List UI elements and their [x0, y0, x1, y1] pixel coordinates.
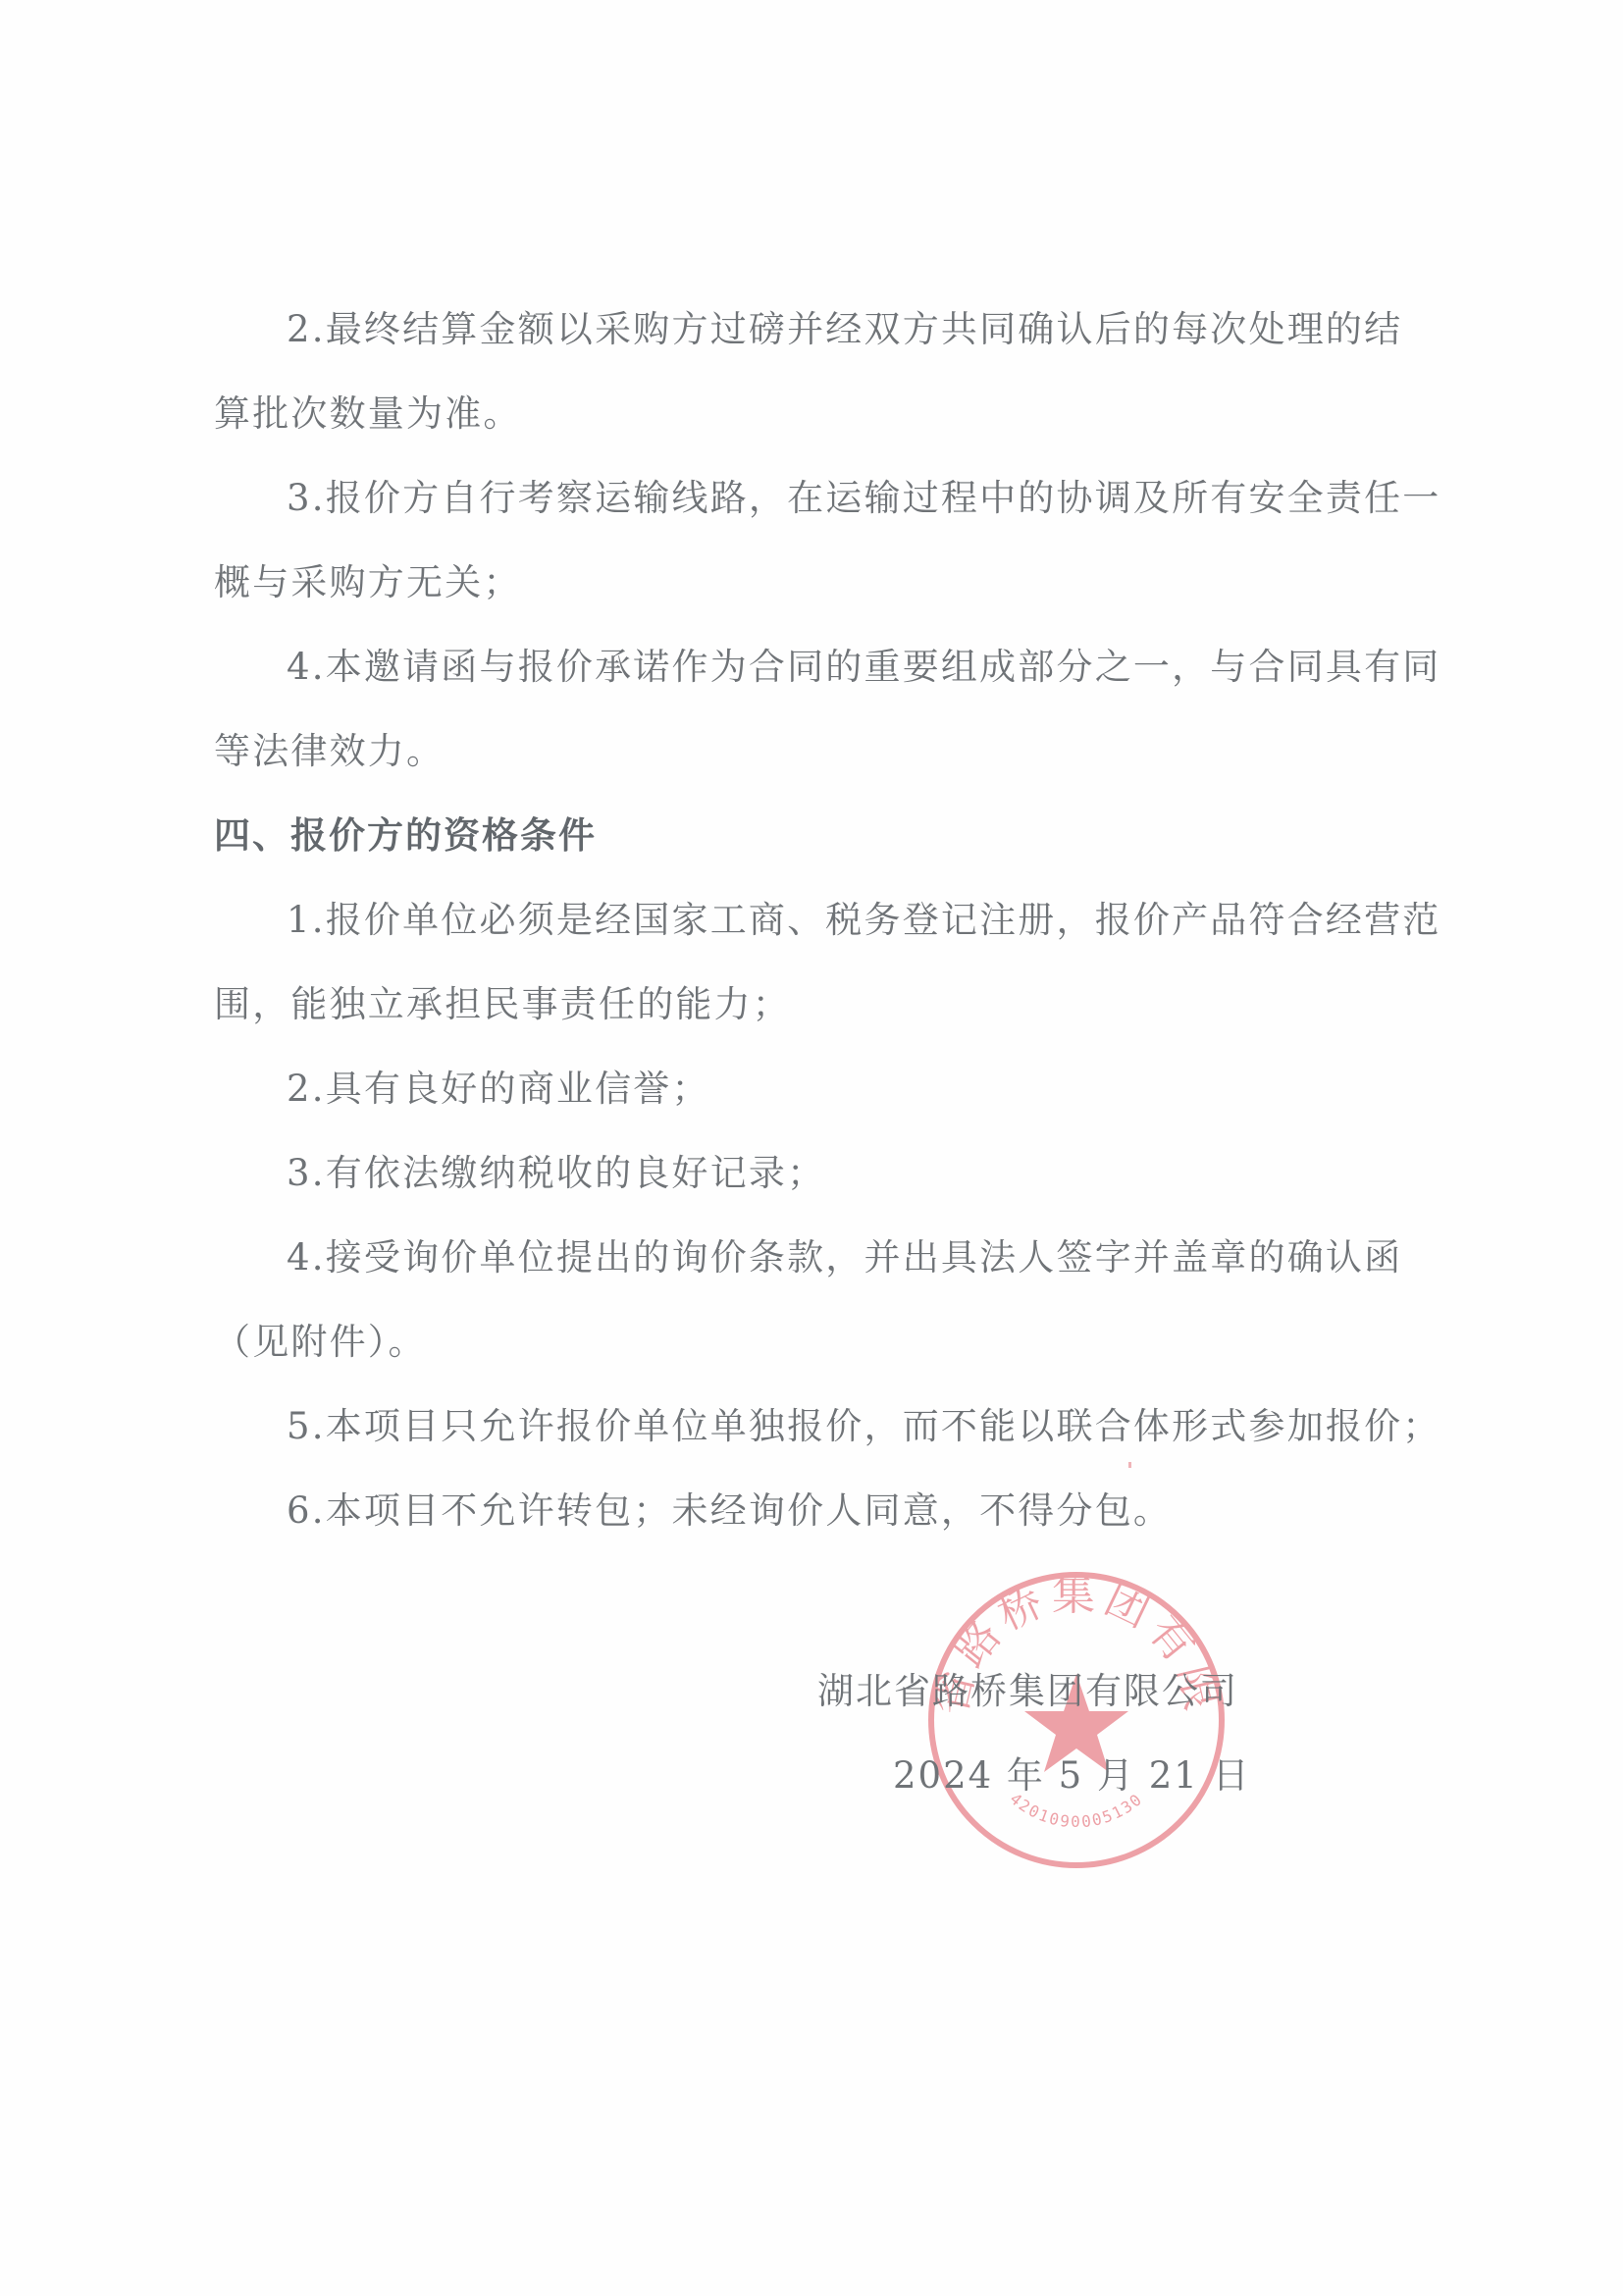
qualification-2: 2.具有良好的商业信誉；	[287, 1068, 710, 1111]
document-page: 2.最终结算金额以采购方过磅并经双方共同确认后的每次处理的结 算批次数量为准。 …	[0, 0, 1623, 2296]
clause-3-line-1: 3.报价方自行考察运输线路，在运输过程中的协调及所有安全责任一	[287, 477, 1441, 520]
clause-3-line-2: 概与采购方无关；	[214, 561, 522, 604]
qualification-1-line-2: 围，能独立承担民事责任的能力；	[214, 983, 791, 1026]
clause-4-line-2: 等法律效力。	[214, 730, 445, 773]
scan-speck	[1128, 1462, 1131, 1468]
clause-2-line-2: 算批次数量为准。	[214, 392, 522, 436]
qualification-6: 6.本项目不允许转包；未经询价人同意，不得分包。	[287, 1489, 1172, 1533]
official-seal-stamp: 湖北省路桥集团有限公司 4201090005130	[924, 1568, 1229, 1872]
clause-4-line-1: 4.本邀请函与报价承诺作为合同的重要组成部分之一，与合同具有同	[287, 646, 1441, 689]
qualification-1-line-1: 1.报价单位必须是经国家工商、税务登记注册，报价产品符合经营范	[287, 899, 1441, 942]
signature-company: 湖北省路桥集团有限公司	[817, 1670, 1238, 1713]
section-4-heading: 四、报价方的资格条件	[214, 814, 597, 858]
clause-2-line-1: 2.最终结算金额以采购方过磅并经双方共同确认后的每次处理的结	[287, 308, 1402, 351]
qualification-4-line-1: 4.接受询价单位提出的询价条款，并出具法人签字并盖章的确认函	[287, 1236, 1402, 1279]
signature-date: 2024 年 5 月 21 日	[893, 1754, 1251, 1798]
qualification-3: 3.有依法缴纳税收的良好记录；	[287, 1152, 825, 1195]
qualification-5: 5.本项目只允许报价单位单独报价，而不能以联合体形式参加报价；	[287, 1405, 1441, 1448]
qualification-4-line-2: （见附件）。	[214, 1321, 427, 1364]
